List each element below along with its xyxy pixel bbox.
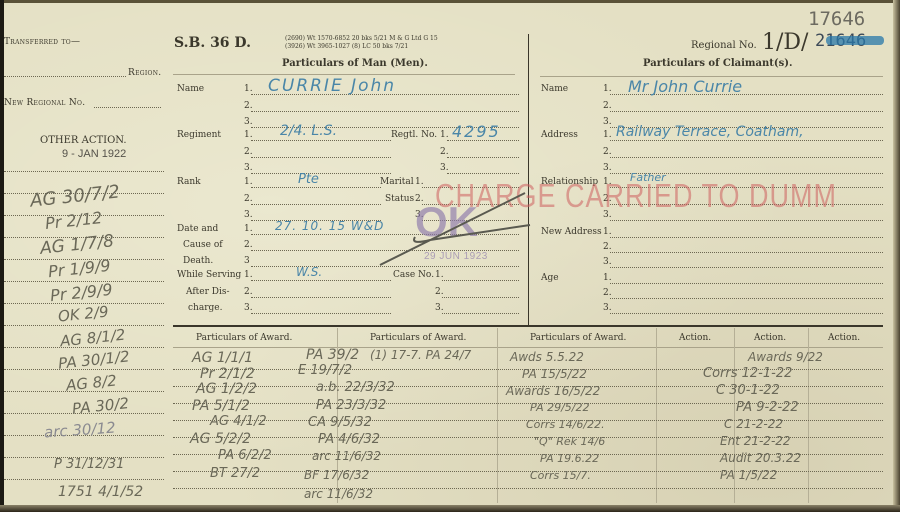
- other-action-heading: OTHER ACTION.: [40, 135, 127, 146]
- regional-no-label: Regional No.: [691, 40, 757, 51]
- row-num: 3.: [244, 210, 253, 220]
- award-entry-extra: (1) 17-7. PA 24/7: [370, 348, 471, 362]
- row-num: 2.: [440, 147, 449, 157]
- relationship-line-3: [610, 220, 883, 221]
- row-num: 1.: [603, 227, 612, 237]
- awards-top-rule: [173, 325, 883, 327]
- regtl-no-label: Regtl. No.: [391, 130, 437, 140]
- row-num: 1.: [603, 273, 612, 283]
- row-num: 2.: [603, 147, 612, 157]
- row-num: 2.: [244, 101, 253, 111]
- row-num: 3: [244, 256, 250, 266]
- action-entry: Awards 9/22: [748, 350, 823, 364]
- address-value: Railway Terrace, Coatham,: [616, 124, 804, 140]
- row-num: 3.: [603, 163, 612, 173]
- award-entry: PA 29/5/22: [530, 401, 590, 414]
- region-label: Region.: [128, 68, 161, 78]
- award-entry: PA 6/2/2: [218, 448, 272, 463]
- row-num: 1.: [244, 224, 253, 234]
- rank-line-1: [251, 187, 381, 188]
- award-entry: E 19/7/2: [298, 363, 352, 378]
- age-line-3: [610, 313, 883, 314]
- award-entry: Awds 5.5.22: [510, 350, 584, 364]
- row-num: 3.: [603, 303, 612, 313]
- action-entry: Audit 20.3.22: [720, 451, 801, 465]
- row-num: 3.: [244, 117, 253, 127]
- pencil-note: Pr 2/12: [44, 208, 103, 233]
- pencil-note: AG 1/7/8: [39, 231, 115, 259]
- death-label: Death.: [183, 256, 213, 266]
- age-line-1: [610, 283, 883, 284]
- award-entry: AG 4/1/2: [210, 414, 267, 429]
- awards-header-rule: [173, 347, 883, 348]
- man-name-label: Name: [177, 84, 204, 94]
- regtl-no-line-3: [447, 173, 519, 174]
- award-entry: AG 5/2/2: [190, 431, 251, 447]
- award-entry: AG 1/2/2: [196, 381, 257, 397]
- serving-line-3: [251, 313, 391, 314]
- regiment-value: 2/4. L.S.: [280, 123, 337, 139]
- row-num: 3.: [244, 163, 253, 173]
- new-address-line-3: [610, 267, 883, 268]
- row-num: 1.: [244, 84, 253, 94]
- regional-no-strikeout: [826, 36, 884, 45]
- card-edge-bottom: [0, 505, 900, 512]
- action-entry: Corrs 12-1-22: [703, 366, 792, 381]
- award-entry: PA 39/2: [306, 347, 359, 363]
- date-and-label: Date and: [177, 224, 218, 234]
- award-entry: arc 11/6/32: [304, 487, 373, 501]
- regiment-line-1: [251, 140, 391, 141]
- regiment-label: Regiment: [177, 130, 221, 140]
- row-num: 2.: [603, 242, 612, 252]
- row-num: 1.: [244, 130, 253, 140]
- other-action-rule: [4, 479, 164, 480]
- award-entry: BF 17/6/32: [304, 468, 369, 482]
- row-num: 3.: [435, 303, 444, 313]
- address-line-2: [610, 157, 883, 158]
- awards-header-action-1: Action.: [679, 333, 711, 343]
- row-num: 3.: [603, 117, 612, 127]
- case-no-line-3: [442, 313, 519, 314]
- serving-line-2: [251, 297, 391, 298]
- award-entry: PA 19.6.22: [540, 452, 599, 465]
- age-line-2: [610, 298, 883, 299]
- cause-of-label: Cause of: [183, 240, 223, 250]
- row-num: 2.: [244, 287, 253, 297]
- row-num: 2.: [244, 194, 253, 204]
- row-num: 1.: [244, 177, 253, 187]
- pencil-note: AG 30/7/2: [29, 181, 121, 211]
- awards-header-1: Particulars of Award.: [196, 333, 292, 343]
- row-num: 2.: [603, 288, 612, 298]
- awards-rule: [173, 488, 883, 489]
- while-serving-label: While Serving: [177, 270, 241, 280]
- award-entry: Awards 16/5/22: [506, 384, 600, 398]
- claimant-name-value: Mr John Currie: [628, 77, 742, 96]
- row-num: 1.: [244, 270, 253, 280]
- award-entry: BT 27/2: [210, 466, 260, 481]
- pencil-note: OK 2/9: [57, 302, 109, 325]
- row-num: 1.: [603, 130, 612, 140]
- row-num: 3.: [440, 163, 449, 173]
- region-line: [4, 76, 126, 77]
- award-entry: PA 5/1/2: [192, 398, 250, 414]
- regtl-no-line-2: [447, 157, 519, 158]
- other-action-rule: [4, 325, 164, 326]
- print-line-2: (3926) Wt 3965-1027 (8) LC 50 bks 7/21: [285, 43, 408, 51]
- award-entry: PA 4/6/32: [318, 432, 380, 447]
- man-heading: Particulars of Man (Men).: [282, 58, 428, 69]
- row-num: 3.: [603, 257, 612, 267]
- claimant-heading: Particulars of Claimant(s).: [643, 58, 792, 69]
- address-line-1: [610, 140, 883, 141]
- man-name-line-2: [251, 111, 519, 112]
- card-edge-right: [893, 0, 900, 512]
- action-entry: PA 1/5/22: [720, 468, 777, 482]
- award-entry: AG 1/1/1: [192, 350, 253, 366]
- pencil-note: Pr 2/9/9: [49, 280, 113, 305]
- awards-col-divider: [497, 328, 498, 503]
- claimant-name-line-2: [610, 111, 883, 112]
- award-entry: Corrs 15/7.: [530, 469, 591, 482]
- award-entry: "Q" Rek 14/6: [534, 435, 605, 448]
- claimant-name-label: Name: [541, 84, 568, 94]
- awards-header-3: Particulars of Award.: [530, 333, 626, 343]
- regiment-line-3: [251, 173, 391, 174]
- row-num: 2.: [435, 287, 444, 297]
- case-no-line-2: [442, 297, 519, 298]
- awards-header-2: Particulars of Award.: [370, 333, 466, 343]
- award-entry: PA 15/5/22: [522, 367, 587, 381]
- row-num: 3.: [244, 303, 253, 313]
- pencil-note: PA 30/2: [71, 394, 130, 418]
- address-label: Address: [541, 130, 578, 140]
- case-no-line-1: [442, 280, 519, 281]
- after-dis-label: After Dis-: [186, 287, 230, 297]
- regtl-no-value: 4295: [452, 122, 501, 141]
- award-entry: Pr 2/1/2: [200, 366, 255, 382]
- card-edge-top: [0, 0, 900, 3]
- rank-value: Pte: [298, 172, 319, 187]
- new-address-line-1: [610, 237, 883, 238]
- action-entry: PA 9-2-22: [736, 400, 799, 415]
- while-serving-value: W.S.: [296, 265, 322, 279]
- row-num: 2.: [603, 101, 612, 111]
- award-entry: Corrs 14/6/22.: [526, 418, 605, 431]
- pencil-note: 1751 4/1/52: [58, 484, 143, 500]
- awards-col-divider: [656, 328, 657, 503]
- rank-label: Rank: [177, 177, 201, 187]
- award-entry: a.b. 22/3/32: [316, 380, 395, 395]
- man-name-value: CURRIE John: [268, 76, 396, 96]
- regional-no-prefix: 1/D/: [762, 30, 808, 55]
- transferred-to-label: Transferred to—: [4, 37, 80, 47]
- other-action-rule: [4, 171, 164, 172]
- awards-header-action-3: Action.: [828, 333, 860, 343]
- pencil-note: arc 30/12: [43, 419, 116, 442]
- pencil-note: P 31/12/31: [54, 457, 124, 472]
- row-num: 2.: [244, 147, 253, 157]
- action-entry: Ent 21-2-22: [720, 434, 791, 448]
- man-heading-rule: [173, 74, 515, 75]
- award-entry: CA 9/5/32: [308, 415, 372, 430]
- new-regional-no-label: New Regional No.: [4, 98, 85, 108]
- print-line-1: (2690) Wt 1570-6852 20 bks 5/21 M & G Lt…: [285, 35, 438, 43]
- row-num: 1.: [435, 270, 444, 280]
- index-card: Transferred to— Region. New Regional No.…: [0, 0, 900, 512]
- form-code: S.B. 36 D.: [174, 35, 251, 51]
- regional-no-stamped: 17646: [808, 8, 865, 30]
- row-num: 1.: [440, 130, 449, 140]
- age-label: Age: [541, 273, 559, 283]
- pencil-tick-mark: [375, 185, 535, 270]
- new-address-line-2: [610, 252, 883, 253]
- serving-line-1: [251, 280, 391, 281]
- award-entry: arc 11/6/32: [312, 449, 381, 463]
- charge-label: charge.: [188, 303, 222, 313]
- rank-line-2: [251, 204, 381, 205]
- award-entry: PA 23/3/32: [316, 398, 386, 413]
- new-address-label: New Address: [541, 227, 602, 237]
- row-num: 1.: [603, 84, 612, 94]
- new-regional-no-line: [94, 107, 161, 108]
- awards-header-action-2: Action.: [754, 333, 786, 343]
- death-value: 27. 10. 15 W&D: [275, 219, 384, 233]
- action-entry: C 21-2-22: [724, 417, 783, 431]
- case-no-label: Case No.: [393, 270, 434, 280]
- regiment-line-2: [251, 157, 391, 158]
- row-num: 2.: [244, 240, 253, 250]
- other-action-date-stamp: 9 - JAN 1922: [62, 148, 126, 160]
- action-entry: C 30-1-22: [716, 383, 780, 398]
